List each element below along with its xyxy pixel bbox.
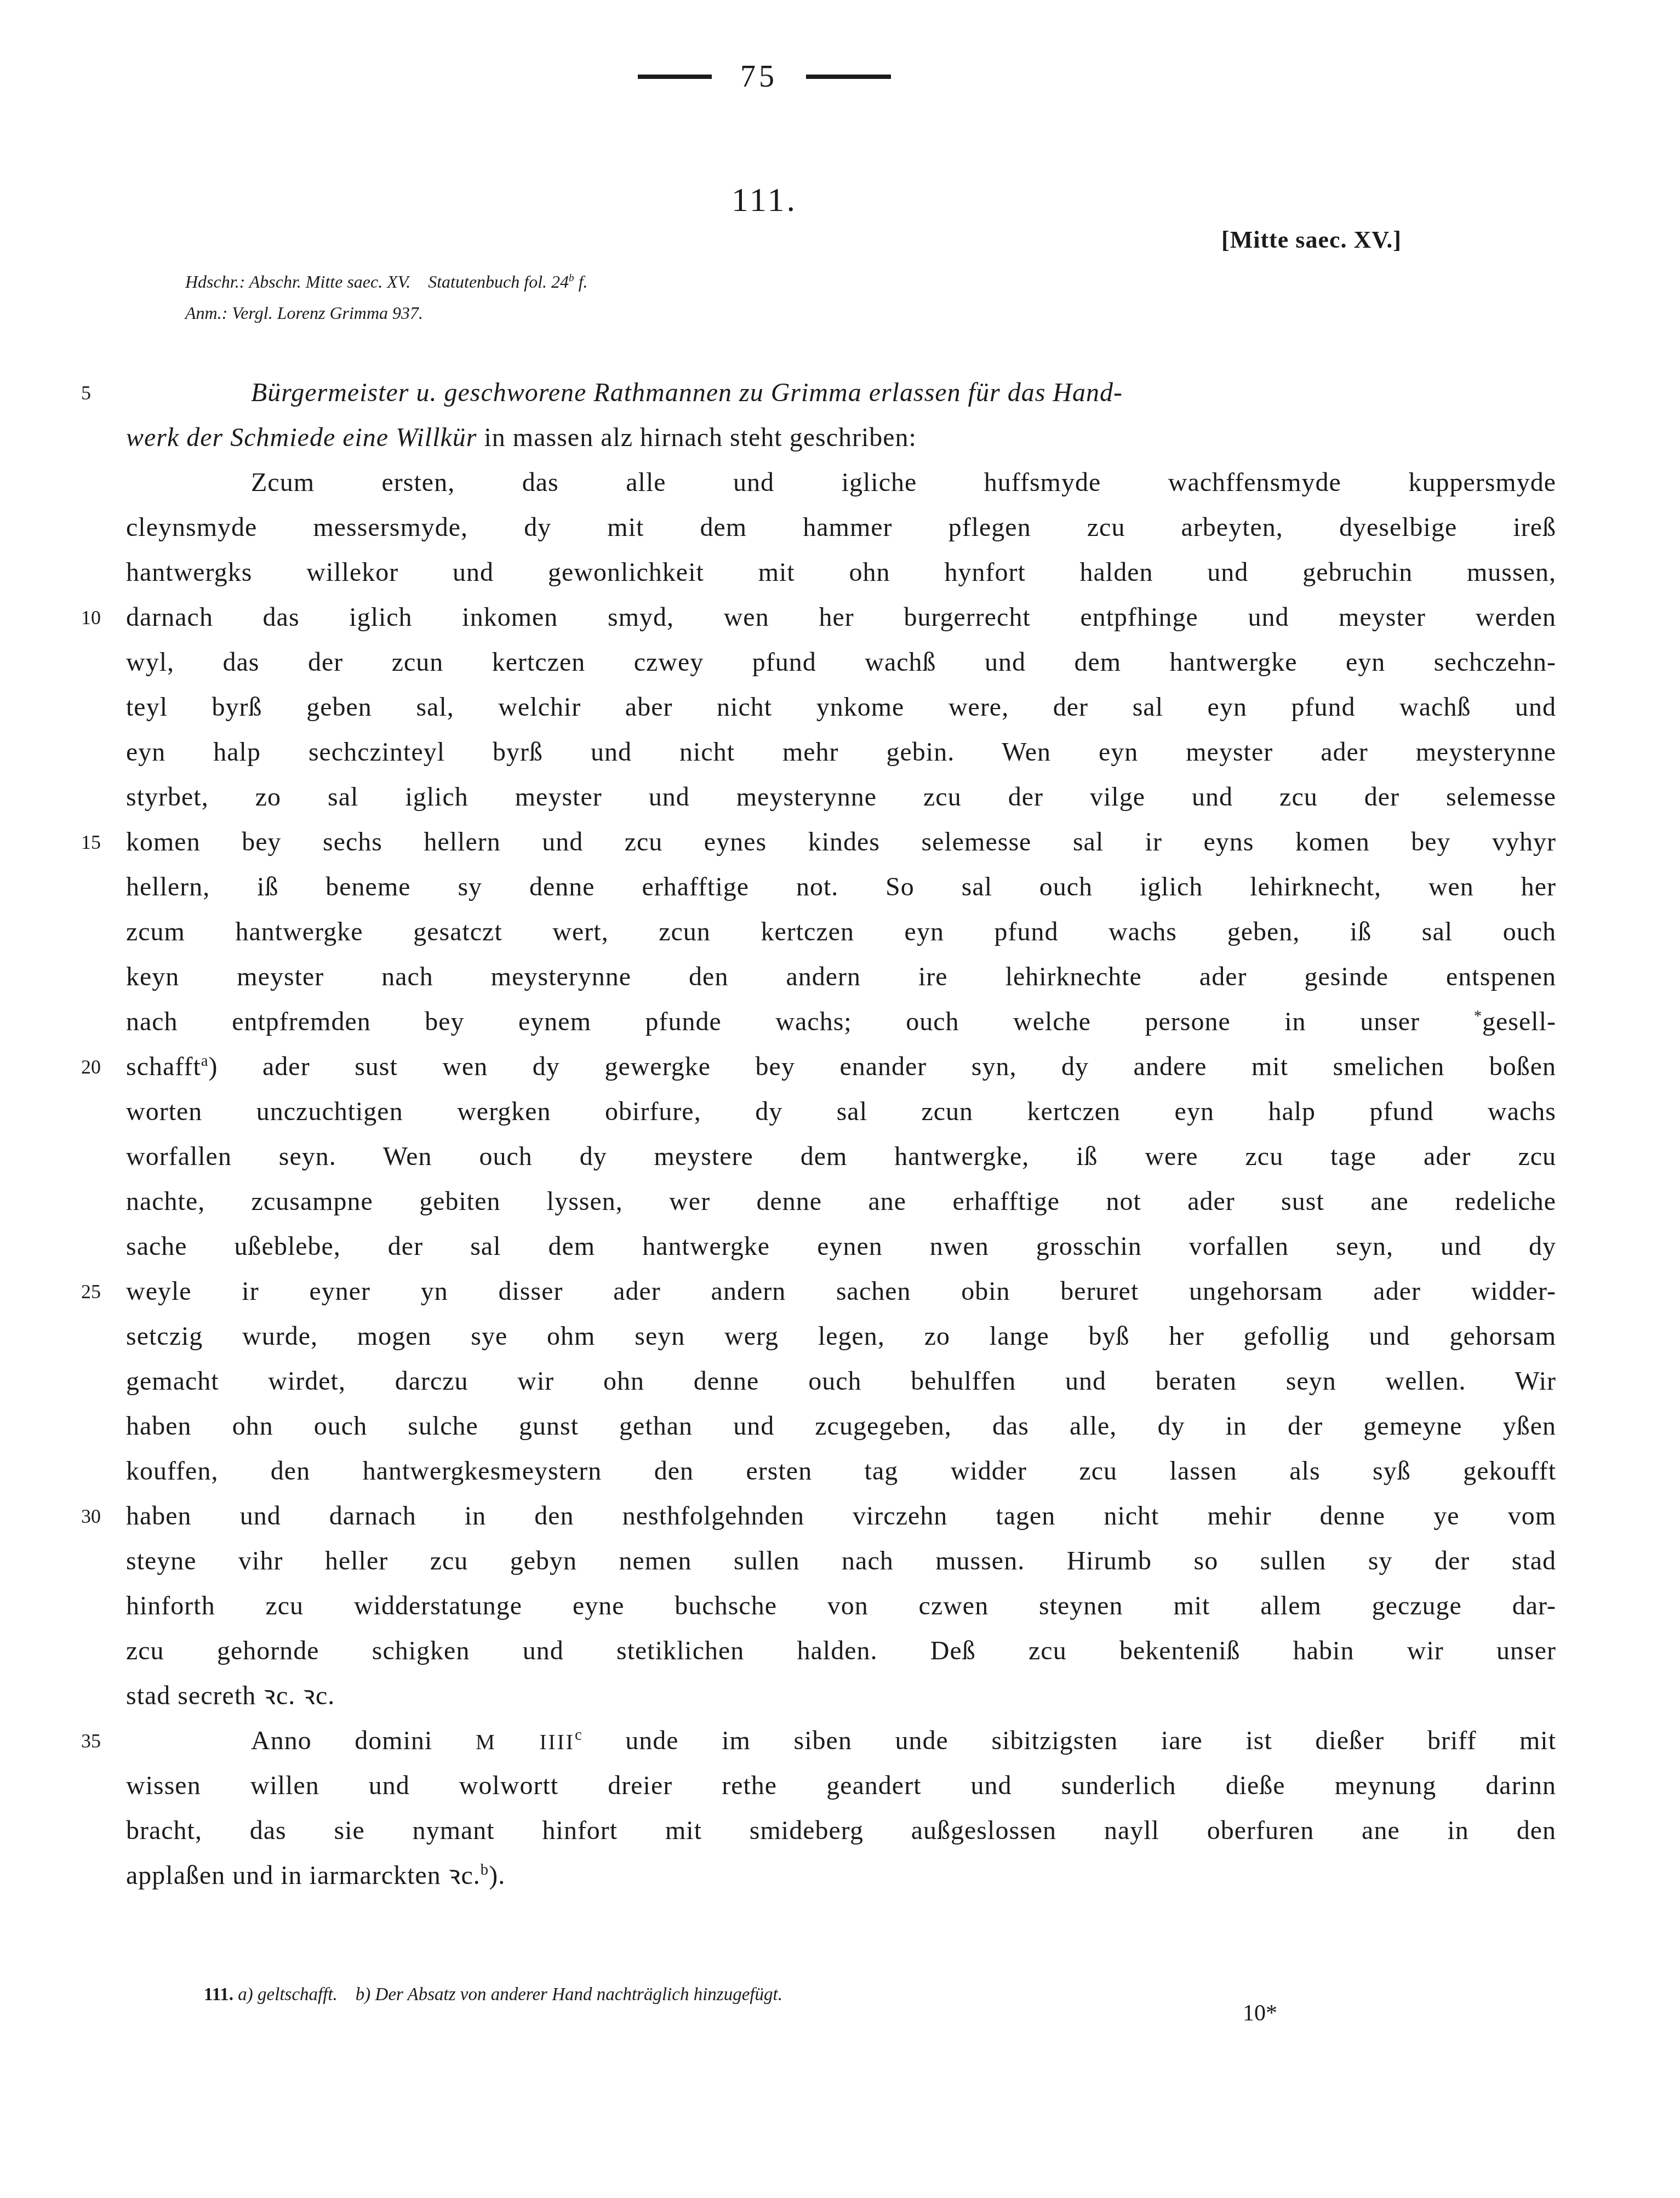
text-segment: cleynsmyde messersmyde, dy mit dem hamme…	[126, 513, 1556, 542]
body-line-text: nachte, zcusampne gebiten lyssen, wer de…	[126, 1179, 1556, 1224]
text-segment: sache ußeblebe, der sal dem hantwergke e…	[126, 1232, 1556, 1261]
body-line: eyn halp sechczinteyl byrß und nicht meh…	[0, 730, 1680, 775]
text-segment: M IIII	[476, 1730, 575, 1754]
text-segment: a) geltschafft.	[238, 1985, 337, 2005]
body-line: Zcum ersten, das alle und igliche huffsm…	[0, 460, 1680, 505]
text-segment: Anno domini	[251, 1726, 476, 1755]
body-line-text: Zcum ersten, das alle und igliche huffsm…	[126, 460, 1556, 505]
text-segment: Bürgermeister u. geschworene Rathmannen …	[251, 378, 1123, 407]
text-segment: worten unczuchtigen wergken obirfure, dy…	[126, 1097, 1556, 1126]
text-segment: zcu gehornde schigken und stetiklichen h…	[126, 1636, 1556, 1665]
margin-line-number: 25	[81, 1269, 101, 1314]
body-line-text: worfallen seyn. Wen ouch dy meystere dem…	[126, 1134, 1556, 1179]
text-segment: *	[1474, 1007, 1482, 1025]
body-line: kouffen, den hantwergkesmeystern den ers…	[0, 1449, 1680, 1494]
body-line: 20schaffta) ader sust wen dy gewergke be…	[0, 1044, 1680, 1089]
page-number: 75	[740, 59, 778, 94]
body-text: 5Bürgermeister u. geschworene Rathmannen…	[0, 370, 1680, 1898]
text-segment: werk der Schmiede eine Willkür	[126, 423, 477, 452]
body-line: bracht, das sie nymant hinfort mit smide…	[0, 1808, 1680, 1853]
body-line-text: zcum hantwergke gesatczt wert, zcun kert…	[126, 910, 1556, 955]
body-line: nach entpfremden bey eynem pfunde wachs;…	[0, 1000, 1680, 1044]
text-segment: stad secreth ꝛc. ꝛc.	[126, 1681, 335, 1710]
body-line: sache ußeblebe, der sal dem hantwergke e…	[0, 1224, 1680, 1269]
text-segment: hantwergks willekor und gewonlichkeit mi…	[126, 558, 1556, 587]
body-line: keyn meyster nach meysterynne den andern…	[0, 955, 1680, 1000]
margin-line-number: 35	[81, 1719, 101, 1763]
body-line: 5Bürgermeister u. geschworene Rathmannen…	[0, 370, 1680, 415]
margin-line-number: 5	[81, 370, 91, 415]
body-line-text: stad secreth ꝛc. ꝛc.	[126, 1674, 1556, 1719]
body-line: worfallen seyn. Wen ouch dy meystere dem…	[0, 1134, 1680, 1179]
body-line: styrbet, zo sal iglich meyster und meyst…	[0, 775, 1680, 820]
text-segment: ) ader sust wen dy gewergke bey enander …	[209, 1052, 1556, 1081]
provenance-line: Hdschr.: Abschr. Mitte saec. XV. Statute…	[185, 266, 588, 298]
body-line-text: komen bey sechs hellern und zcu eynes ki…	[126, 820, 1556, 865]
text-segment: a	[201, 1052, 209, 1070]
text-segment: ).	[489, 1861, 505, 1890]
margin-line-number: 30	[81, 1494, 101, 1539]
text-segment: teyl byrß geben sal, welchir aber nicht …	[126, 693, 1556, 722]
body-line-text: zcu gehornde schigken und stetiklichen h…	[126, 1629, 1556, 1674]
body-line-text: Anno domini M IIIIc unde im siben unde s…	[126, 1719, 1556, 1765]
document-number-heading: 111.	[589, 181, 940, 220]
page-header: 75	[589, 55, 940, 99]
body-line-text: applaßen und in iarmarckten ꝛc.b).	[126, 1853, 1556, 1898]
body-line-text: cleynsmyde messersmyde, dy mit dem hamme…	[126, 505, 1556, 550]
footnote-line: 111. a) geltschafft. b) Der Absatz von a…	[204, 1981, 782, 2008]
text-segment: zcum hantwergke gesatczt wert, zcun kert…	[126, 917, 1556, 946]
body-line: wyl, das der zcun kertczen czwey pfund w…	[0, 640, 1680, 685]
text-segment: haben und darnach in den nesthfolgehnden…	[126, 1502, 1556, 1531]
body-line: hellern, iß beneme sy denne erhafftige n…	[0, 865, 1680, 910]
body-line: steyne vihr heller zcu gebyn nemen sulle…	[0, 1539, 1680, 1584]
body-line-text: setczig wurde, mogen sye ohm seyn werg l…	[126, 1314, 1556, 1359]
body-line-text: bracht, das sie nymant hinfort mit smide…	[126, 1808, 1556, 1853]
body-line-text: styrbet, zo sal iglich meyster und meyst…	[126, 775, 1556, 820]
provenance-line: Anm.: Vergl. Lorenz Grimma 937.	[185, 298, 588, 329]
body-line-text: wissen willen und wolwortt dreier rethe …	[126, 1763, 1556, 1808]
text-segment: nach entpfremden bey eynem pfunde wachs;…	[126, 1007, 1474, 1036]
text-segment: haben ohn ouch sulche gunst gethan und z…	[126, 1412, 1556, 1441]
body-line: 30haben und darnach in den nesthfolgehnd…	[0, 1494, 1680, 1539]
body-line: hantwergks willekor und gewonlichkeit mi…	[0, 550, 1680, 595]
body-line-text: hinforth zcu widderstatunge eyne buchsch…	[126, 1584, 1556, 1629]
body-line-text: werk der Schmiede eine Willkür in massen…	[126, 415, 1556, 460]
text-segment: komen bey sechs hellern und zcu eynes ki…	[126, 827, 1556, 857]
body-line: gemacht wirdet, darczu wir ohn denne ouc…	[0, 1359, 1680, 1404]
body-line: wissen willen und wolwortt dreier rethe …	[0, 1763, 1680, 1808]
body-line-text: sache ußeblebe, der sal dem hantwergke e…	[126, 1224, 1556, 1269]
body-line-text: darnach das iglich inkomen smyd, wen her…	[126, 595, 1556, 640]
provenance-block: Hdschr.: Abschr. Mitte saec. XV. Statute…	[185, 266, 588, 329]
margin-line-number: 20	[81, 1044, 101, 1089]
text-segment: hinforth zcu widderstatunge eyne buchsch…	[126, 1591, 1556, 1620]
body-line-text: hellern, iß beneme sy denne erhafftige n…	[126, 865, 1556, 910]
body-line: hinforth zcu widderstatunge eyne buchsch…	[0, 1584, 1680, 1629]
date-note: [Mitte saec. XV.]	[1221, 226, 1402, 254]
header-rule-left	[638, 75, 712, 79]
body-line: werk der Schmiede eine Willkür in massen…	[0, 415, 1680, 460]
text-segment: b	[569, 272, 574, 284]
text-segment: gemacht wirdet, darczu wir ohn denne ouc…	[126, 1367, 1556, 1396]
margin-line-number: 15	[81, 820, 101, 865]
margin-line-number: 10	[81, 595, 101, 640]
text-segment: f.	[574, 272, 588, 292]
body-line-text: nach entpfremden bey eynem pfunde wachs;…	[126, 1000, 1556, 1044]
body-line-text: weyle ir eyner yn disser ader andern sac…	[126, 1269, 1556, 1314]
text-segment: Zcum ersten, das alle und igliche huffsm…	[251, 468, 1556, 497]
text-segment: c	[575, 1726, 582, 1744]
body-line-text: steyne vihr heller zcu gebyn nemen sulle…	[126, 1539, 1556, 1584]
text-segment: b) Der Absatz von anderer Hand nachträgl…	[356, 1985, 782, 2005]
body-line-text: wyl, das der zcun kertczen czwey pfund w…	[126, 640, 1556, 685]
body-line-text: teyl byrß geben sal, welchir aber nicht …	[126, 685, 1556, 730]
text-segment: eyn halp sechczinteyl byrß und nicht meh…	[126, 738, 1556, 767]
text-segment: wyl, das der zcun kertczen czwey pfund w…	[126, 648, 1556, 677]
text-segment	[338, 1985, 356, 2005]
body-line: haben ohn ouch sulche gunst gethan und z…	[0, 1404, 1680, 1449]
body-line: setczig wurde, mogen sye ohm seyn werg l…	[0, 1314, 1680, 1359]
body-line: cleynsmyde messersmyde, dy mit dem hamme…	[0, 505, 1680, 550]
body-line: worten unczuchtigen wergken obirfure, dy…	[0, 1089, 1680, 1134]
body-line-text: haben ohn ouch sulche gunst gethan und z…	[126, 1404, 1556, 1449]
text-segment: styrbet, zo sal iglich meyster und meyst…	[126, 783, 1556, 812]
text-segment: darnach das iglich inkomen smyd, wen her…	[126, 603, 1556, 632]
body-line-text: eyn halp sechczinteyl byrß und nicht meh…	[126, 730, 1556, 775]
text-segment: unde im siben unde sibitzigsten iare ist…	[582, 1726, 1556, 1755]
body-line-text: haben und darnach in den nesthfolgehnden…	[126, 1494, 1556, 1539]
body-line: nachte, zcusampne gebiten lyssen, wer de…	[0, 1179, 1680, 1224]
body-line-text: gemacht wirdet, darczu wir ohn denne ouc…	[126, 1359, 1556, 1404]
text-segment: bracht, das sie nymant hinfort mit smide…	[126, 1816, 1556, 1845]
text-segment: wissen willen und wolwortt dreier rethe …	[126, 1771, 1556, 1800]
body-line: stad secreth ꝛc. ꝛc.	[0, 1674, 1680, 1719]
sheet-signature: 10*	[1243, 2000, 1277, 2026]
body-line-text: kouffen, den hantwergkesmeystern den ers…	[126, 1449, 1556, 1494]
text-segment: b	[481, 1861, 489, 1879]
body-line: 35Anno domini M IIIIc unde im siben unde…	[0, 1719, 1680, 1763]
body-line-text: hantwergks willekor und gewonlichkeit mi…	[126, 550, 1556, 595]
body-line: applaßen und in iarmarckten ꝛc.b).	[0, 1853, 1680, 1898]
body-line: zcum hantwergke gesatczt wert, zcun kert…	[0, 910, 1680, 955]
text-segment: worfallen seyn. Wen ouch dy meystere dem…	[126, 1142, 1556, 1171]
body-line-text: worten unczuchtigen wergken obirfure, dy…	[126, 1089, 1556, 1134]
text-segment: steyne vihr heller zcu gebyn nemen sulle…	[126, 1546, 1556, 1575]
body-line: 25weyle ir eyner yn disser ader andern s…	[0, 1269, 1680, 1314]
scanned-book-page: { "colors": { "paper": "#ffffff", "ink":…	[0, 0, 1680, 2198]
text-segment: setczig wurde, mogen sye ohm seyn werg l…	[126, 1322, 1556, 1351]
header-rule-right	[806, 75, 891, 79]
text-segment: schafft	[126, 1052, 201, 1081]
body-line: zcu gehornde schigken und stetiklichen h…	[0, 1629, 1680, 1674]
text-segment: Hdschr.: Abschr. Mitte saec. XV. Statute…	[185, 272, 569, 292]
body-line: teyl byrß geben sal, welchir aber nicht …	[0, 685, 1680, 730]
body-line-text: Bürgermeister u. geschworene Rathmannen …	[126, 370, 1395, 415]
text-segment: keyn meyster nach meysterynne den andern…	[126, 962, 1556, 991]
body-line-text: keyn meyster nach meysterynne den andern…	[126, 955, 1556, 1000]
text-segment: gesell-	[1482, 1007, 1556, 1036]
text-segment: kouffen, den hantwergkesmeystern den ers…	[126, 1457, 1556, 1486]
text-segment: in massen alz hirnach steht geschriben:	[477, 423, 916, 452]
body-line: 10darnach das iglich inkomen smyd, wen h…	[0, 595, 1680, 640]
text-segment: weyle ir eyner yn disser ader andern sac…	[126, 1277, 1556, 1306]
text-segment: hellern, iß beneme sy denne erhafftige n…	[126, 872, 1556, 901]
text-segment: 111.	[204, 1985, 238, 2005]
text-segment: applaßen und in iarmarckten ꝛc.	[126, 1861, 481, 1890]
body-line-text: schaffta) ader sust wen dy gewergke bey …	[126, 1044, 1556, 1089]
body-line: 15komen bey sechs hellern und zcu eynes …	[0, 820, 1680, 865]
text-segment: Anm.: Vergl. Lorenz Grimma 937.	[185, 303, 423, 323]
text-segment: nachte, zcusampne gebiten lyssen, wer de…	[126, 1187, 1556, 1216]
